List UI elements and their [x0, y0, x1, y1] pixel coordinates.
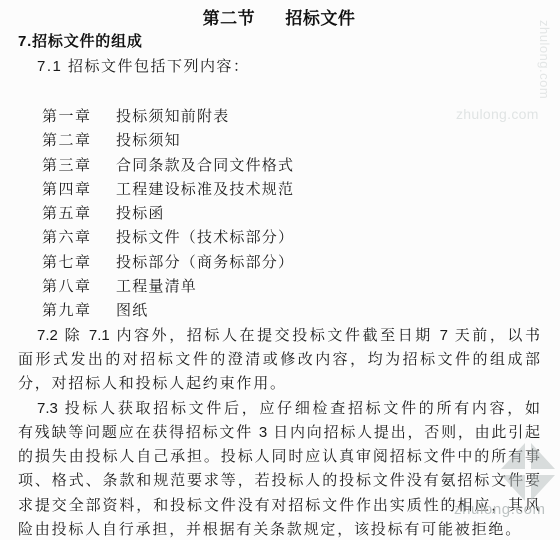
chapter-title: 工程量清单: [116, 275, 197, 299]
section-name: 招标文件: [285, 9, 355, 28]
document-page: 第二节 招标文件 7.招标文件的组成 7.1 招标文件包括下列内容： 第一章 投…: [0, 0, 560, 540]
chapter-label: 第九章: [42, 299, 116, 323]
chapter-row: 第四章 工程建设标准及技术规范: [18, 178, 540, 202]
paragraph-line: 分，对招标人和投标人起约束作用。: [18, 372, 540, 396]
chapter-row: 第六章 投标文件（技术标部分）: [18, 226, 540, 250]
paragraph-line: 有残缺等问题应在获得招标文件 3 日内向招标人提出，否则，由此引起: [18, 421, 540, 445]
paragraph-line: 7.3 投标人获取招标文件后，应仔细检查招标文件的所有内容，如: [18, 397, 540, 421]
clause-7-3-paragraph: 7.3 投标人获取招标文件后，应仔细检查招标文件的所有内容，如 有残缺等问题应在…: [18, 397, 540, 540]
chapter-label: 第二章: [42, 129, 116, 153]
document-body: 第二节 招标文件 7.招标文件的组成 7.1 招标文件包括下列内容： 第一章 投…: [18, 0, 540, 540]
chapter-title: 工程建设标准及技术规范: [116, 178, 294, 202]
chapter-label: 第四章: [42, 178, 116, 202]
chapter-label: 第五章: [42, 202, 116, 226]
chapter-label: 第七章: [42, 251, 116, 275]
clause-7-2-paragraph: 7.2 除 7.1 内容外，招标人在提交投标文件截至日期 7 天前，以书 面形式…: [18, 324, 540, 397]
chapter-row: 第五章 投标函: [18, 202, 540, 226]
chapter-title: 合同条款及合同文件格式: [116, 154, 294, 178]
clause-7-heading: 7.招标文件的组成: [18, 34, 540, 50]
chapter-title: 投标文件（技术标部分）: [116, 226, 294, 250]
chapter-title: 图纸: [116, 299, 148, 323]
chapter-title: 投标函: [116, 202, 165, 226]
chapter-row: 第二章 投标须知: [18, 129, 540, 153]
section-label: 第二节: [203, 9, 256, 28]
paragraph-line: 7.2 除 7.1 内容外，招标人在提交投标文件截至日期 7 天前，以书: [18, 324, 540, 348]
chapter-row: 第三章 合同条款及合同文件格式: [18, 154, 540, 178]
chapter-list: 第一章 投标须知前附表 第二章 投标须知 第三章 合同条款及合同文件格式 第四章…: [18, 105, 540, 324]
paragraph-line: 的损失由投标人自己承担。投标人同时应认真审阅招标文件中的所有事: [18, 445, 540, 469]
section-title: 第二节 招标文件: [18, 9, 540, 29]
paragraph-line: 险由投标人自行承担，并根据有关条款规定，该投标有可能被拒绝。: [18, 518, 540, 540]
chapter-row: 第一章 投标须知前附表: [18, 105, 540, 129]
chapter-title: 投标部分（商务标部分）: [116, 251, 294, 275]
chapter-row: 第七章 投标部分（商务标部分）: [18, 251, 540, 275]
paragraph-line: 求提交全部资料，和投标文件没有对招标文件作出实质性的相应，其风: [18, 494, 540, 518]
chapter-row: 第九章 图纸: [18, 299, 540, 323]
chapter-label: 第八章: [42, 275, 116, 299]
chapter-label: 第一章: [42, 105, 116, 129]
paragraph-line: 项、格式、条款和规范要求等，若投标人的投标文件没有氨招标文件要: [18, 469, 540, 493]
clause-7-1-intro: 7.1 招标文件包括下列内容：: [37, 59, 540, 75]
paragraph-line: 面形式发出的对招标文件的澄清或修改内容，均为招标文件的组成部: [18, 348, 540, 372]
chapter-label: 第三章: [42, 154, 116, 178]
chapter-title: 投标须知前附表: [116, 105, 229, 129]
chapter-label: 第六章: [42, 226, 116, 250]
chapter-title: 投标须知: [116, 129, 181, 153]
chapter-row: 第八章 工程量清单: [18, 275, 540, 299]
